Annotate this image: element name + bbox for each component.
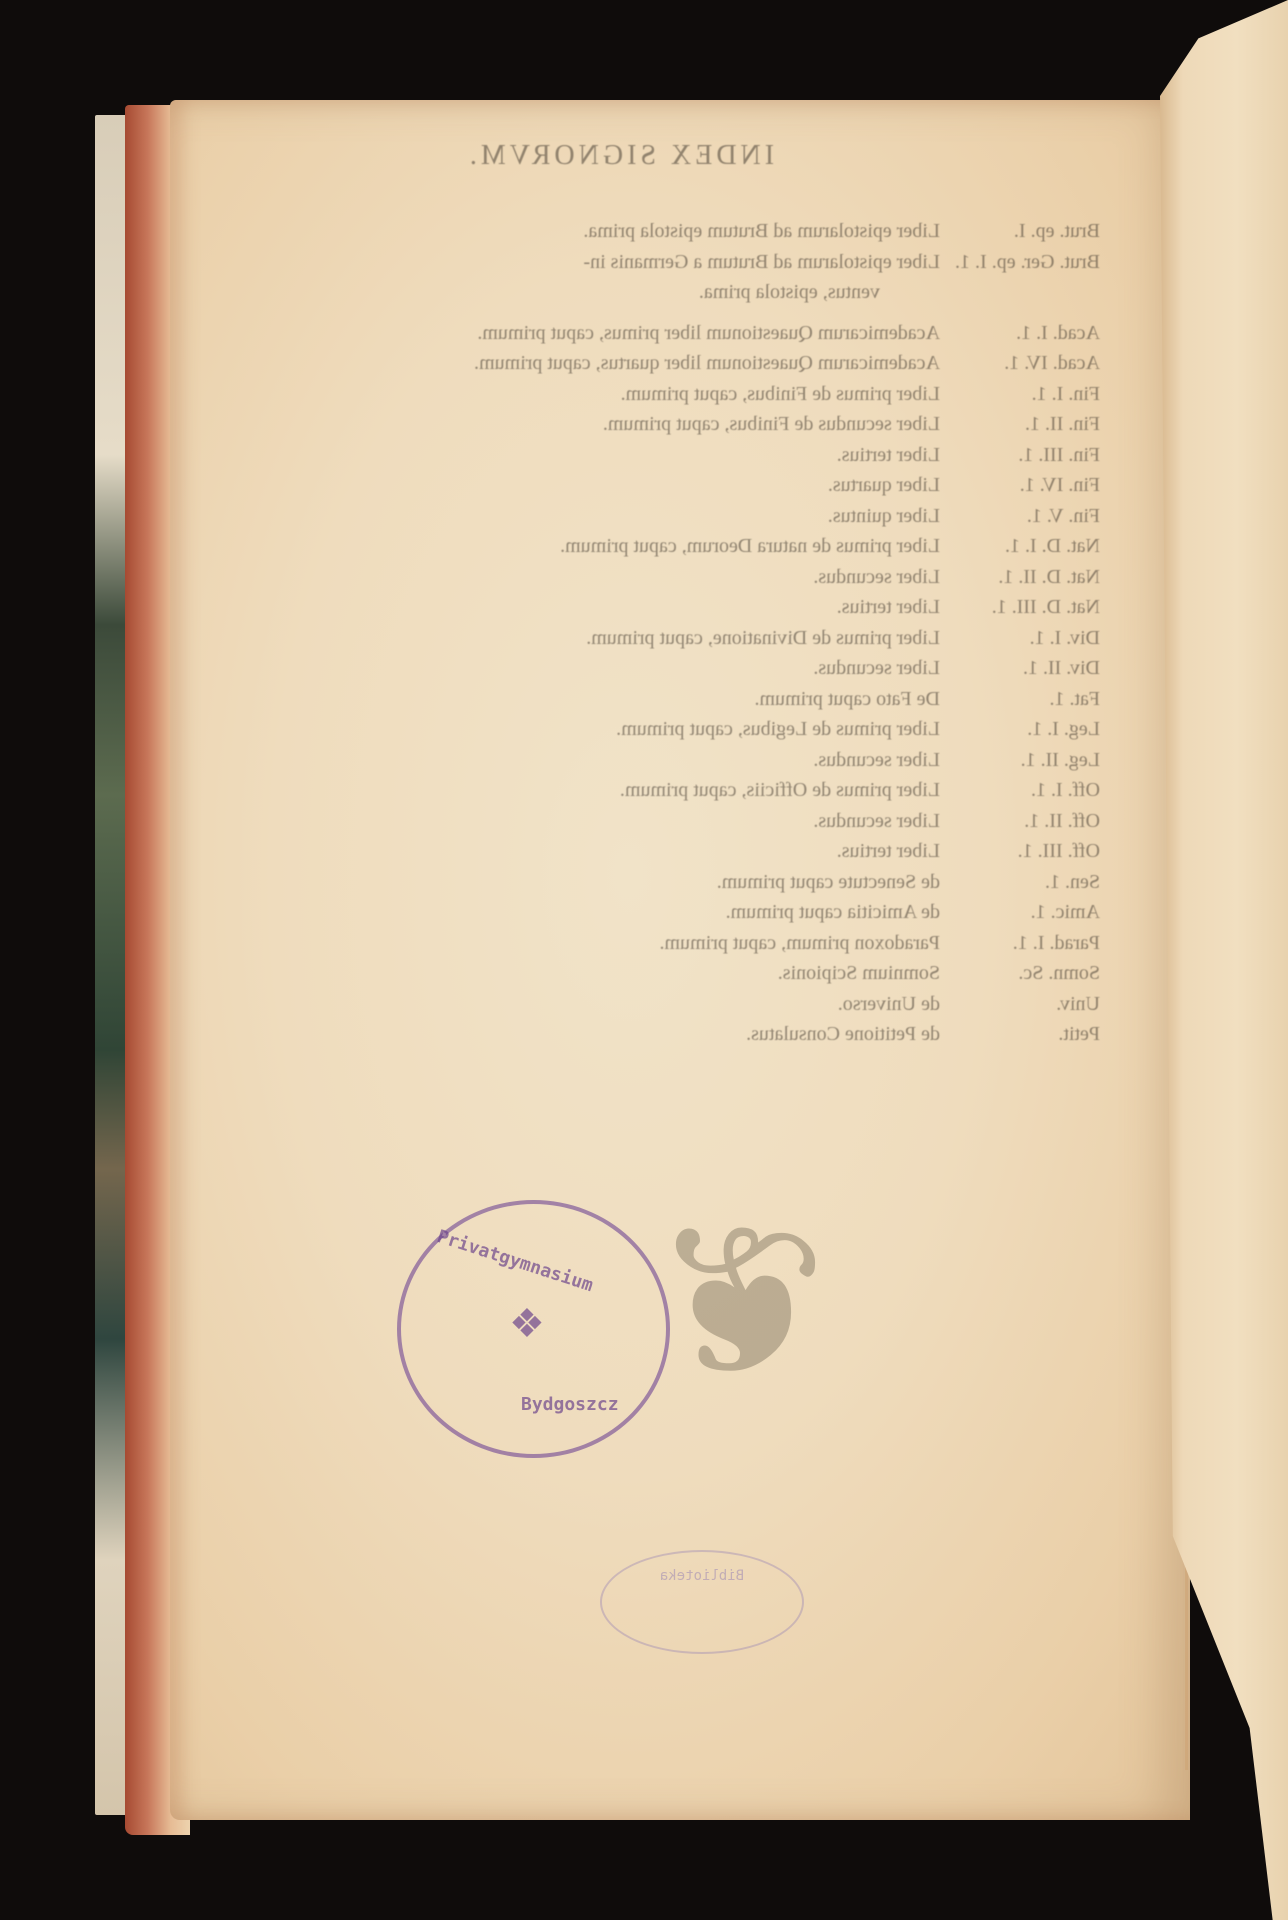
entry-description: de Amicitia caput primum. — [190, 897, 940, 928]
index-entry: Acad. I. 1.Academicarum Quaestionum libe… — [190, 318, 1120, 349]
entry-abbreviation: Brut. Ger. ep. I. 1. — [940, 247, 1120, 278]
entry-abbreviation: Nat. D. III. 1. — [940, 592, 1120, 623]
library-stamp: Privatgymnasium ❖ Bydgoszcz — [397, 1200, 670, 1458]
entry-abbreviation: Fin. IV. 1. — [940, 470, 1120, 501]
entry-abbreviation: Somn. Sc. — [940, 958, 1120, 989]
entry-description: Liber epistolarum ad Brutum epistola pri… — [190, 216, 940, 247]
entry-description: Liber primus de Officiis, caput primum. — [190, 775, 940, 806]
entry-description: de Petitione Consulatus. — [190, 1019, 940, 1050]
index-entry: Brut. ep. I.Liber epistolarum ad Brutum … — [190, 216, 1120, 247]
entry-description: Liber primus de Finibus, caput primum. — [190, 379, 940, 410]
index-entry: Fin. I. 1.Liber primus de Finibus, caput… — [190, 379, 1120, 410]
entry-abbreviation: Div. II. 1. — [940, 653, 1120, 684]
entry-abbreviation: Brut. ep. I. — [940, 216, 1120, 247]
page-heading: INDEX SIGNORVM. — [190, 140, 1120, 172]
entry-abbreviation: Off. I. 1. — [940, 775, 1120, 806]
entry-description: Paradoxon primum, caput primum. — [190, 928, 940, 959]
stamp-text-top: Privatgymnasium — [435, 1226, 596, 1296]
entry-description: de Senectute caput primum. — [190, 867, 940, 898]
index-entry: Fin. II. 1.Liber secundus de Finibus, ca… — [190, 409, 1120, 440]
entry-abbreviation: Nat. D. II. 1. — [940, 562, 1120, 593]
stamp-text-bottom: Bydgoszcz — [521, 1394, 619, 1415]
index-entry: Div. I. 1.Liber primus de Divinatione, c… — [190, 623, 1120, 654]
entry-abbreviation: Off. II. 1. — [940, 806, 1120, 837]
entry-description: De Fato caput primum. — [190, 684, 940, 715]
entry-abbreviation: Fin. II. 1. — [940, 409, 1120, 440]
entry-abbreviation: Fin. I. 1. — [940, 379, 1120, 410]
oval-stamp-text: Biblioteka — [602, 1568, 802, 1584]
entry-abbreviation: Off. III. 1. — [940, 836, 1120, 867]
entry-description: Liber tertius. — [190, 440, 940, 471]
index-entry: Fat. 1.De Fato caput primum. — [190, 684, 1120, 715]
entry-abbreviation: Acad. I. 1. — [940, 318, 1120, 349]
stamp-emblem-icon: ❖ — [509, 1304, 545, 1344]
entry-abbreviation: Acad. IV. 1. — [940, 348, 1120, 379]
index-entry: Acad. IV. 1.Academicarum Quaestionum lib… — [190, 348, 1120, 379]
index-entry: Off. III. 1.Liber tertius. — [190, 836, 1120, 867]
index-entry: Univ.de Universo. — [190, 989, 1120, 1020]
entry-abbreviation: Amic. 1. — [940, 897, 1120, 928]
entry-description: Liber primus de natura Deorum, caput pri… — [190, 531, 940, 562]
index-entry: Petit.de Petitione Consulatus. — [190, 1019, 1120, 1050]
index-entry: Fin. V. 1.Liber quintus. — [190, 501, 1120, 532]
entry-description: Liber secundus. — [190, 806, 940, 837]
index-entry: Brut. Ger. ep. I. 1.Liber epistolarum ad… — [190, 247, 1120, 278]
index-entry: Div. II. 1.Liber secundus. — [190, 653, 1120, 684]
index-entry: Amic. 1.de Amicitia caput primum. — [190, 897, 1120, 928]
entry-abbreviation: Petit. — [940, 1019, 1120, 1050]
index-entry: Nat. D. II. 1.Liber secundus. — [190, 562, 1120, 593]
index-entry: Nat. D. III. 1.Liber tertius. — [190, 592, 1120, 623]
entry-abbreviation: Leg. I. 1. — [940, 714, 1120, 745]
entry-description: Liber epistolarum ad Brutum a Germanis i… — [190, 247, 940, 278]
entry-description: Liber primus de Divinatione, caput primu… — [190, 623, 940, 654]
entry-description: ventus, epistola prima. — [190, 277, 940, 308]
entry-abbreviation — [940, 277, 1120, 308]
entry-description: Liber secundus. — [190, 653, 940, 684]
entry-description: Liber tertius. — [190, 592, 940, 623]
index-entry: ventus, epistola prima. — [190, 277, 1120, 308]
entry-abbreviation: Fat. 1. — [940, 684, 1120, 715]
entry-abbreviation: Div. I. 1. — [940, 623, 1120, 654]
index-entry: Sen. 1.de Senectute caput primum. — [190, 867, 1120, 898]
index-entry: Fin. IV. 1.Liber quartus. — [190, 470, 1120, 501]
entry-abbreviation: Fin. III. 1. — [940, 440, 1120, 471]
index-entry: Somn. Sc.Somnium Scipionis. — [190, 958, 1120, 989]
entry-description: Liber secundus. — [190, 745, 940, 776]
entry-abbreviation: Fin. V. 1. — [940, 501, 1120, 532]
oval-library-stamp: Biblioteka — [600, 1550, 804, 1654]
index-entry: Off. I. 1.Liber primus de Officiis, capu… — [190, 775, 1120, 806]
entry-description: Liber secundus. — [190, 562, 940, 593]
entry-description: de Universo. — [190, 989, 940, 1020]
index-entry: Leg. II. 1.Liber secundus. — [190, 745, 1120, 776]
index-entry: Fin. III. 1.Liber tertius. — [190, 440, 1120, 471]
index-entry: Parad. I. 1.Paradoxon primum, caput prim… — [190, 928, 1120, 959]
entry-description: Liber tertius. — [190, 836, 940, 867]
entry-abbreviation: Univ. — [940, 989, 1120, 1020]
index-entry: Leg. I. 1.Liber primus de Legibus, caput… — [190, 714, 1120, 745]
entry-description: Academicarum Quaestionum liber primus, c… — [190, 318, 940, 349]
entry-description: Liber quartus. — [190, 470, 940, 501]
index-entry: Off. II. 1.Liber secundus. — [190, 806, 1120, 837]
entry-description: Somnium Scipionis. — [190, 958, 940, 989]
entry-description: Liber secundus de Finibus, caput primum. — [190, 409, 940, 440]
entry-description: Liber primus de Legibus, caput primum. — [190, 714, 940, 745]
entry-abbreviation: Parad. I. 1. — [940, 928, 1120, 959]
entry-abbreviation: Sen. 1. — [940, 867, 1120, 898]
show-through-text: INDEX SIGNORVM. Brut. ep. I.Liber episto… — [190, 140, 1120, 1140]
entry-abbreviation: Leg. II. 1. — [940, 745, 1120, 776]
entry-description: Liber quintus. — [190, 501, 940, 532]
entry-abbreviation: Nat. D. I. 1. — [940, 531, 1120, 562]
entry-description: Academicarum Quaestionum liber quartus, … — [190, 348, 940, 379]
index-entries: Brut. ep. I.Liber epistolarum ad Brutum … — [190, 216, 1120, 1050]
index-entry: Nat. D. I. 1.Liber primus de natura Deor… — [190, 531, 1120, 562]
